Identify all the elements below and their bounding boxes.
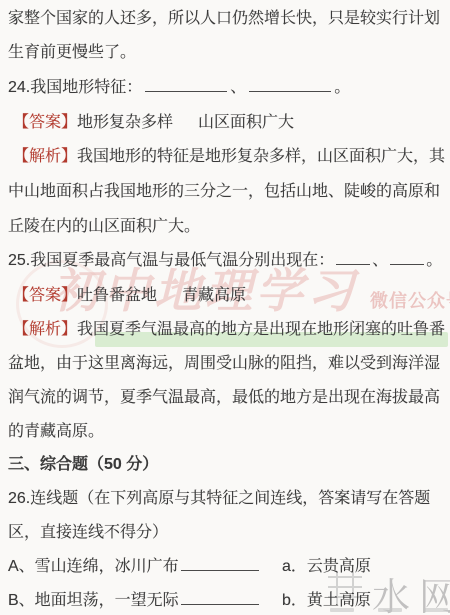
question-25-blank-1 [336,250,370,265]
question-24-terminator: 。 [334,79,350,96]
question-24-line: 24.我国地形特征：、。 [8,77,350,99]
match-left-B: B、地面坦荡，一望无际 [8,592,179,609]
answer-label: 【答案】 [13,287,77,304]
intro-line-2: 生育前更慢些了。 [8,42,136,64]
analysis-label: 【解析】 [13,321,77,338]
question-25-separator: 、 [372,252,388,269]
question-24-blank-2 [249,77,331,92]
exam-document-page: 初中地理学习 微信公众号 水网 家整个国家的人还多，所以人口仍然增长快，只是较实… [0,0,450,615]
section-3-heading: 三、综合题（50 分） [8,454,158,476]
answer-value: 吐鲁番盆地 [77,287,157,304]
answer-value: 山区面积广大 [198,114,294,131]
question-25-blank-2 [390,250,424,265]
match-blank-B [181,590,259,605]
analysis-text: 我国夏季气温最高的地方是出现在地形闭塞的吐鲁番 [77,321,445,338]
question-25-stem: 25.我国夏季最高气温与最低气温分别出现在： [8,252,334,269]
answer-label: 【答案】 [13,114,77,131]
intro-line-1: 家整个国家的人还多，所以人口仍然增长快，只是较实行计划 [8,8,440,30]
watermark-wechat-label: 微信公众号 [370,287,450,313]
analysis-label: 【解析】 [13,148,77,165]
question-26-line-2: 区，直接连线不得分） [8,522,168,544]
question-24-analysis-line-2: 中山地面积占我国地形的三分之一，包括山地、陡峻的高原和 [8,181,440,203]
answer-value: 地形复杂多样 [77,114,173,131]
match-blank-A [181,556,259,571]
match-left-A: A、雪山连绵，冰川广布 [8,558,179,575]
match-row-A: A、雪山连绵，冰川广布 a．云贵高原 [8,556,442,578]
answer-value: 青藏高原 [182,287,246,304]
question-25-terminator: 。 [426,252,442,269]
question-25-line: 25.我国夏季最高气温与最低气温分别出现在：、。 [8,250,442,272]
question-25-analysis-line-4: 的青藏高原。 [8,421,104,443]
question-24-analysis-line-3: 丘陵在内的山区面积广大。 [8,216,200,238]
question-25-analysis-line-3: 润气流的调节，夏季气温最高，最低的地方是出现在海拔最高 [8,387,440,409]
question-26-line-1: 26.连线题（在下列高原与其特征之间连线，答案请写在答题 [8,488,430,510]
question-24-analysis-line-1: 【解析】我国地形的特征是地形复杂多样，山区面积广大，其 [13,146,445,168]
question-24-answer-line: 【答案】地形复杂多样山区面积广大 [13,112,294,134]
match-row-B: B、地面坦荡，一望无际 b．黄土高原 [8,590,442,612]
question-24-separator: 、 [230,79,246,96]
question-25-analysis-line-1: 【解析】我国夏季气温最高的地方是出现在地形闭塞的吐鲁番 [13,319,445,341]
match-right-b: b．黄土高原 [282,590,371,612]
question-25-answer-line: 【答案】吐鲁番盆地青藏高原 [13,285,246,307]
question-24-stem: 24.我国地形特征： [8,79,142,96]
question-24-blank-1 [145,77,227,92]
match-right-a: a．云贵高原 [282,556,371,578]
analysis-text: 我国地形的特征是地形复杂多样，山区面积广大，其 [77,148,445,165]
question-25-analysis-line-2: 盆地，由于这里离海远，周围受山脉的阻挡，难以受到海洋湿 [8,353,440,375]
